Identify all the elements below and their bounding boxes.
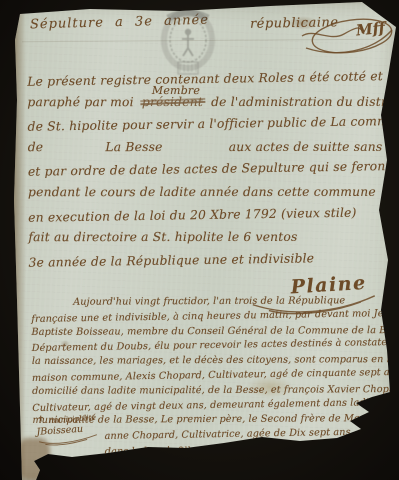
manuscript-line: fait au directoire a St. hipolite le 6 v… xyxy=(28,230,382,244)
manuscript-line-with-insert-mark: dans ladite ✝ fille dud. Alexis Chopard … xyxy=(105,444,389,457)
manuscript-line: Le présent registre contenant deux Roles… xyxy=(27,69,381,89)
line-segment: aux actes de suitte sans blanc xyxy=(229,140,399,154)
line-segment: de l'administration du district xyxy=(211,94,399,108)
manuscript-line: anne Chopard, Cultivatrice, agée de Dix … xyxy=(105,427,389,442)
paraph-initials: Mff xyxy=(355,19,386,40)
register-certification-paragraph: Le présent registre contenant deux Roles… xyxy=(27,71,383,307)
manuscript-line: Département du Doubs, élu pour recevoir … xyxy=(32,338,388,354)
manuscript-line: française une et indivisible, à cinq heu… xyxy=(31,309,387,325)
manuscript-line: maison commune, Alexis Chopard, Cultivat… xyxy=(32,368,388,384)
line-segment: dans ladite xyxy=(105,446,160,457)
manuscript-page: Sépulture a 3e année républicaine Mff Le… xyxy=(0,0,399,480)
photo-background: Sépulture a 3e année républicaine Mff Le… xyxy=(0,0,399,480)
commune-name: La Besse xyxy=(105,140,162,154)
line-segment: paraphé par moi xyxy=(27,95,133,109)
left-edge-browning xyxy=(14,0,26,480)
manuscript-line: Aujourd'hui vingt fructidor, l'an trois … xyxy=(31,296,387,308)
registrar-paraph: Mff xyxy=(300,8,396,64)
manuscript-line: 3e année de la République une et indivis… xyxy=(28,250,382,270)
line-segment: de xyxy=(28,140,44,154)
manuscript-line: la naissance, les mariages, et le décès … xyxy=(32,355,388,367)
manuscript-line: pendant le cours de ladite année dans ce… xyxy=(28,185,382,199)
manuscript-line-spread: de La Besse aux actes de suitte sans bla… xyxy=(28,140,382,154)
manuscript-line: domicilié dans ladite municipalité, de l… xyxy=(32,385,388,397)
margin-cross-mark: ✝ xyxy=(37,414,44,423)
manuscript-line: Baptiste Boisseau, membre du Conseil Gén… xyxy=(31,326,387,338)
manuscript-line-with-correction: paraphé par moi président Membre de l'ad… xyxy=(27,94,381,108)
official-stamp-icon xyxy=(156,8,220,78)
manuscript-line: et par ordre de date les actes de Sepult… xyxy=(28,160,382,180)
correction-wrap: président Membre xyxy=(142,95,203,109)
insert-cross-mark: ✝ xyxy=(165,445,172,454)
inserted-word: Membre xyxy=(152,84,200,98)
manuscript-line: de St. hipolite pour servir a l'officier… xyxy=(27,114,381,134)
manuscript-line: en execution de la loi du 20 Xbre 1792 (… xyxy=(28,205,382,225)
line-segment: fille dud. Alexis Chopard et d'anne Gabr… xyxy=(177,445,399,457)
